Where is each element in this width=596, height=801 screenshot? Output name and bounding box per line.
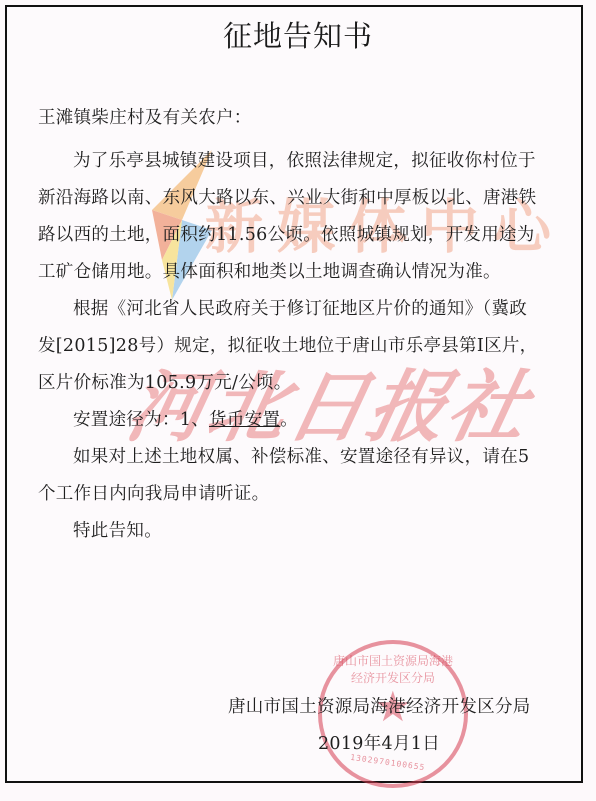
salutation: 王滩镇柴庄村及有关农户： [38,104,252,129]
page-title: 征地告知书 [0,14,596,55]
issue-date: 2019年4月1日 [318,730,440,755]
resettlement-method: 货币安置 [209,410,280,430]
resettlement-prefix: 安置途径为：1、 [73,410,209,430]
paragraph-1-line-3: 路以西的土地，面积约11.56公顷。依照城镇规划，开发用途为 [38,221,535,246]
watermark-newspaper: 河北日报社 [118,345,542,457]
paragraph-2-line-2: 发[2015]28号）规定，拟征收土地位于唐山市乐亭县第Ⅰ区片， [38,332,537,357]
paragraph-2-line-1: 根据《河北省人民政府关于修订征地区片价的通知》（冀政 [73,295,527,320]
paragraph-1-line-1: 为了乐亭县城镇建设项目，依照法律规定，拟征收你村位于 [73,147,536,172]
resettlement-line: 安置途径为：1、货币安置。 [73,406,298,431]
paragraph-3-line-1: 如果对上述土地权属、补偿标准、安置途径有异议，请在5 [73,443,529,468]
paragraph-1-line-2: 新沿海路以南、东风大路以东、兴业大街和中厚板以北、唐港铁 [38,184,536,209]
resettlement-suffix: 。 [280,410,298,430]
paragraph-2-line-3: 区片价标准为105.9万元/公顷。 [38,369,292,394]
seal-number: 1302970100655 [350,753,426,772]
paragraph-3-line-2: 个工作日内向我局申请听证。 [38,480,269,505]
closing: 特此告知。 [73,517,162,542]
paragraph-1-line-4: 工矿仓储用地。具体面积和地类以土地调查确认情况为准。 [38,258,501,283]
seal-text: 唐山市国土资源局海港经济开发区分局 [330,652,456,686]
issuer-name: 唐山市国土资源局海港经济开发区分局 [228,693,531,718]
